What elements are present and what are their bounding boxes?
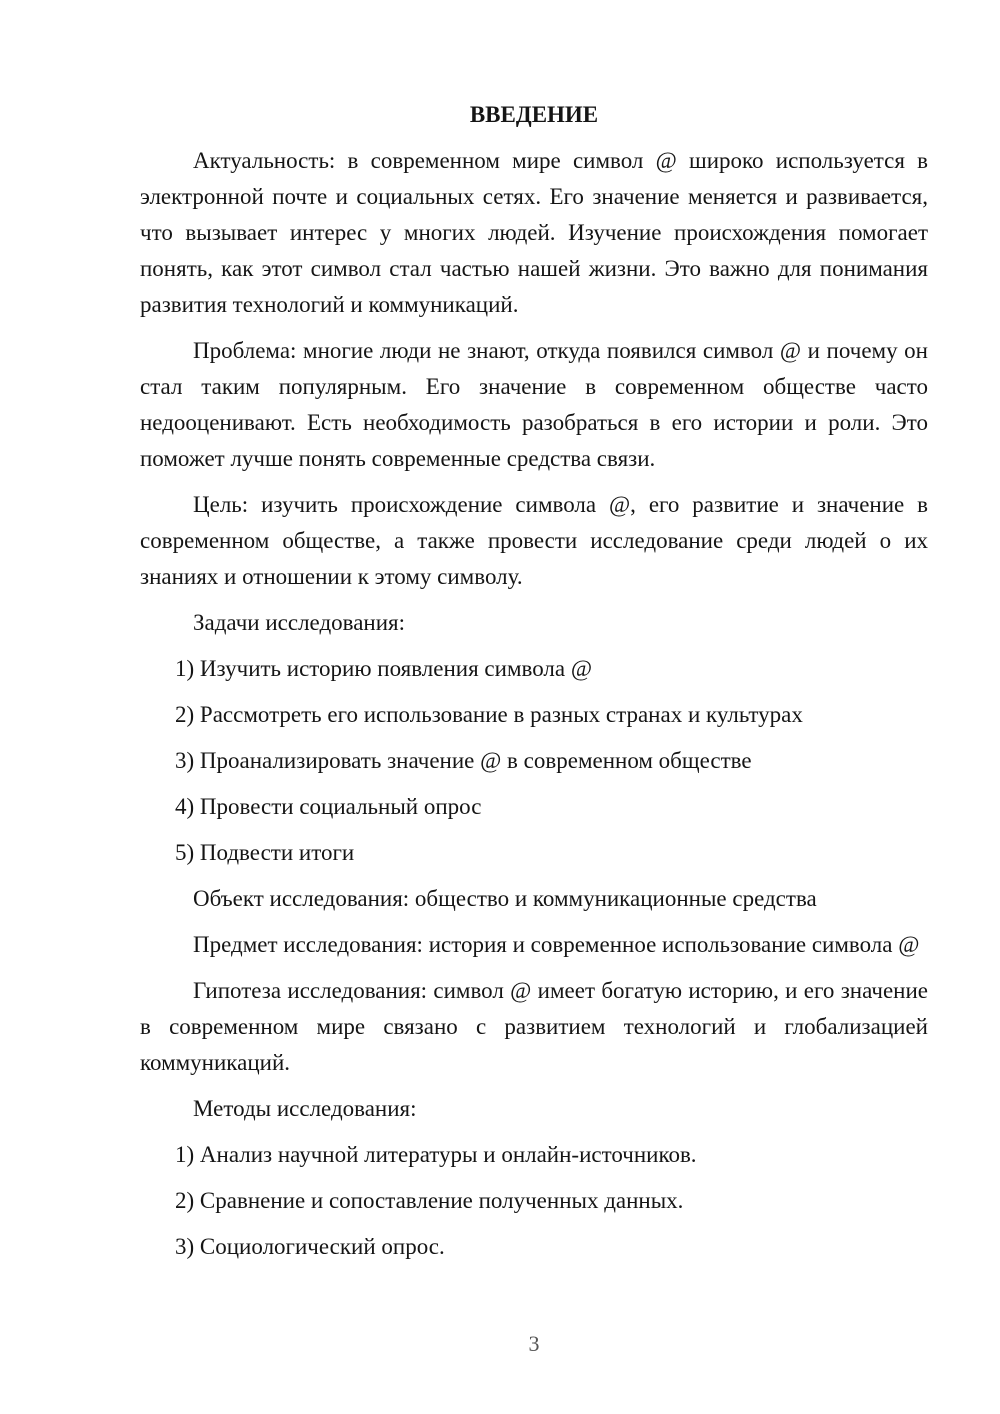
page-number: 3 [140,1326,928,1362]
paragraph-problem: Проблема: многие люди не знают, откуда п… [140,333,928,477]
task-item-3: 3) Проанализировать значение @ в совреме… [140,743,928,779]
document-page: ВВЕДЕНИЕ Актуальность: в современном мир… [0,0,1000,1414]
task-item-2: 2) Рассмотреть его использование в разны… [140,697,928,733]
paragraph-goal: Цель: изучить происхождение символа @, е… [140,487,928,595]
task-item-5: 5) Подвести итоги [140,835,928,871]
task-item-1: 1) Изучить историю появления символа @ [140,651,928,687]
method-item-1: 1) Анализ научной литературы и онлайн-ис… [140,1137,928,1173]
methods-heading: Методы исследования: [140,1091,928,1127]
tasks-heading: Задачи исследования: [140,605,928,641]
method-item-2: 2) Сравнение и сопоставление полученных … [140,1183,928,1219]
task-item-4: 4) Провести социальный опрос [140,789,928,825]
paragraph-subject: Предмет исследования: история и современ… [140,927,928,963]
page-title: ВВЕДЕНИЕ [140,97,928,133]
paragraph-object: Объект исследования: общество и коммуник… [140,881,928,917]
paragraph-hypothesis: Гипотеза исследования: символ @ имеет бо… [140,973,928,1081]
method-item-3: 3) Социологический опрос. [140,1229,928,1265]
paragraph-actuality: Актуальность: в современном мире символ … [140,143,928,323]
